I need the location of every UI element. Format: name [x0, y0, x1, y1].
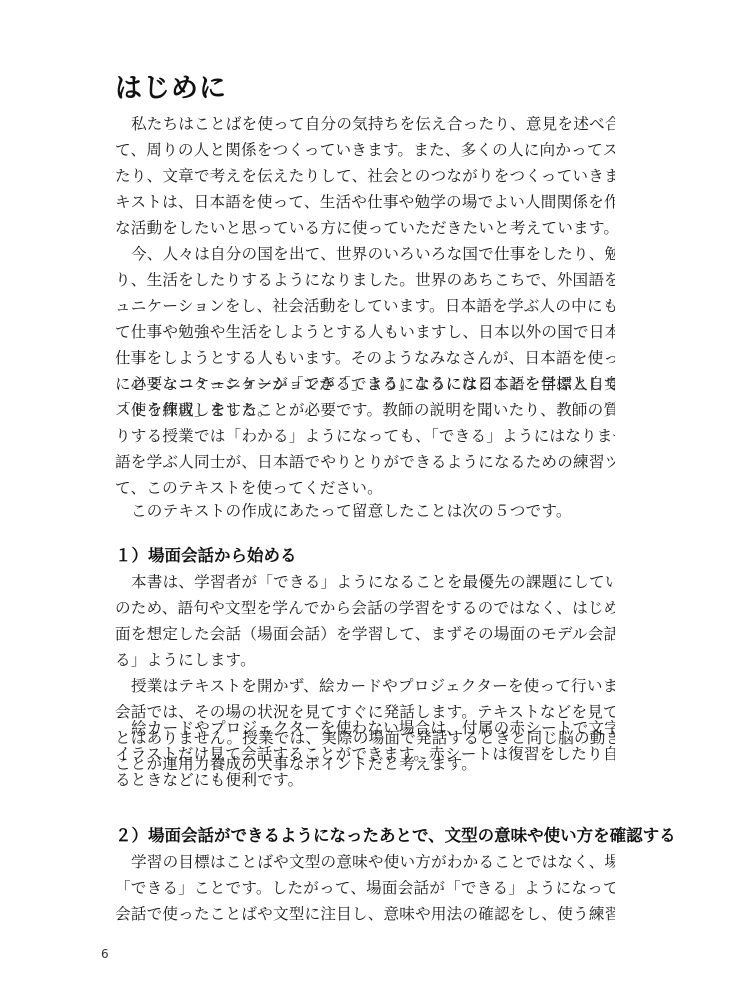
- text-line: 面を想定した会話（場面会話）を学習して、まずその場面のモデル会話を「でき: [115, 625, 615, 651]
- page-number: 6: [101, 947, 109, 961]
- page-title: はじめに: [115, 66, 227, 105]
- text-line: て仕事や勉強や生活をしようとする人もいますし、日本以外の国で日本語を使って: [115, 323, 615, 349]
- intro-paragraph-3: コミュニケーションが「できる」ようになるには日本語を学ぶ人自身が日本語を 「使う…: [115, 375, 615, 505]
- text-line: りする授業では「わかる」ようになっても、「できる」ようにはなりません。日本: [115, 427, 615, 453]
- text-line: このテキストの作成にあたって留意したことは次の５つです。: [115, 502, 615, 528]
- text-line: 学習の目標はことばや文型の意味や使い方がわかることではなく、場面の会話が: [115, 853, 615, 879]
- text-line: 会話で使ったことばや文型に注目し、意味や用法の確認をし、使う練習をします。: [115, 905, 615, 931]
- text-line: るときなどにも便利です。: [115, 771, 615, 797]
- text-line: 「できる」ことです。したがって、場面会話が「できる」ようになってから、場面: [115, 879, 615, 905]
- text-line: り、生活をしたりするようになりました。世界のあちこちで、外国語を使ってコミ: [115, 271, 615, 297]
- intro-paragraph-1: 私たちはことばを使って自分の気持ちを伝え合ったり、意見を述べ合ったりし て、周り…: [115, 115, 615, 245]
- text-line: て、周りの人と関係をつくっていきます。また、多くの人に向かってスピーチをし: [115, 141, 615, 167]
- section-1-paragraph-3: 絵カードやプロジェクターを使わない場合は、付属の赤シートで文字をかくすと イラス…: [115, 719, 615, 797]
- section-2-paragraph-1: 学習の目標はことばや文型の意味や使い方がわかることではなく、場面の会話が 「でき…: [115, 853, 615, 931]
- text-line: 「使う練習」をすることが必要です。教師の説明を聞いたり、教師の質問に答えた: [115, 401, 615, 427]
- text-line: る」ようにします。: [115, 651, 615, 677]
- text-line: 本書は、学習者が「できる」ようになることを最優先の課題にしています。そ: [115, 573, 615, 599]
- text-line: コミュニケーションが「できる」ようになるには日本語を学ぶ人自身が日本語を: [115, 375, 615, 401]
- text-line: 仕事をしようとする人もいます。そのようなみなさんが、日本語を使って社会活動: [115, 349, 615, 375]
- text-line: ュニケーションをし、社会活動をしています。日本語を学ぶ人の中にも、日本に来: [115, 297, 615, 323]
- text-line: な活動をしたいと思っている方に使っていただきたいと考えています。: [115, 219, 615, 245]
- text-line: 語を学ぶ人同士が、日本語でやりとりができるようになるための練習ツールとし: [115, 453, 615, 479]
- text-line: 絵カードやプロジェクターを使わない場合は、付属の赤シートで文字をかくすと: [115, 719, 615, 745]
- text-line: 私たちはことばを使って自分の気持ちを伝え合ったり、意見を述べ合ったりし: [115, 115, 615, 141]
- section-2-heading: ２）場面会話ができるようになったあとで、文型の意味や使い方を確認する: [115, 826, 676, 852]
- text-line: 今、人々は自分の国を出て、世界のいろいろな国で仕事をしたり、勉強をした: [115, 245, 615, 271]
- text-line: のため、語句や文型を学んでから会話の学習をするのではなく、はじめに実際の場: [115, 599, 615, 625]
- text-line: 授業はテキストを開かず、絵カードやプロジェクターを使って行います。実際の: [115, 677, 615, 703]
- section-1-heading: １）場面会話から始める: [115, 546, 297, 572]
- intro-paragraph-4: このテキストの作成にあたって留意したことは次の５つです。: [115, 502, 615, 528]
- text-line: キストは、日本語を使って、生活や仕事や勉学の場でよい人間関係を作り、社会的: [115, 193, 615, 219]
- text-line: たり、文章で考えを伝えたりして、社会とのつながりをつくっていきます。このテ: [115, 167, 615, 193]
- section-1-paragraph-1: 本書は、学習者が「できる」ようになることを最優先の課題にしています。そ のため、…: [115, 573, 615, 677]
- text-line: イラストだけ見て会話することができます。赤シートは復習をしたり自習したりす: [115, 745, 615, 771]
